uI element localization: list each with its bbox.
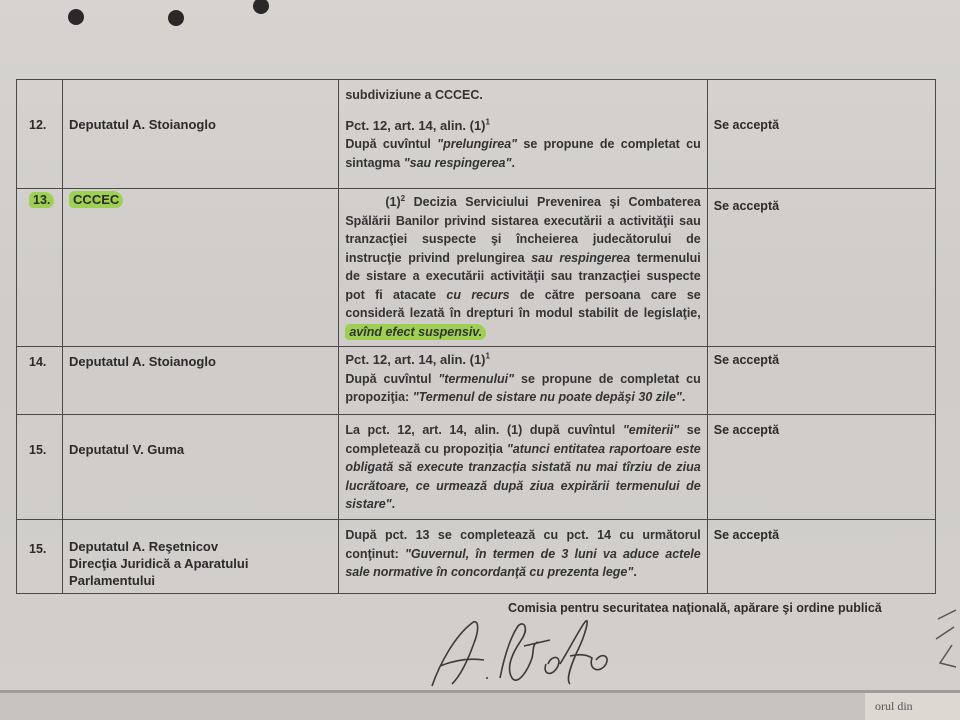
row-number: 12.	[17, 80, 62, 139]
decision: Se acceptă	[708, 347, 935, 374]
row-author: Deputatul A. Stoianoglo	[63, 80, 338, 139]
decision: Se acceptă	[708, 80, 935, 139]
binder-hole	[253, 0, 269, 14]
binder-hole	[168, 10, 184, 26]
underlying-page	[0, 693, 960, 720]
table-row: 13. CCCEC (1)2 Decizia Serviciului Preve…	[17, 189, 936, 347]
table-row: 15. Deputatul V. Guma La pct. 12, art. 1…	[17, 415, 936, 520]
amendment-text: După cuvîntul "prelungirea" se propune d…	[345, 135, 700, 172]
amendment-text: La pct. 12, art. 14, alin. (1) după cuvî…	[339, 415, 706, 518]
amendment-text: (1)2 Decizia Serviciului Prevenirea şi C…	[339, 189, 706, 345]
table-row: 12. Deputatul A. Stoianoglo subdiviziune…	[17, 80, 936, 109]
highlighted-phrase: avînd efect suspensiv.	[345, 324, 486, 340]
row-number: 15.	[17, 415, 62, 464]
amendment-reference: Pct. 12, art. 14, alin. (1)1	[345, 117, 700, 136]
decision: Se acceptă	[708, 189, 935, 220]
signature-icon	[420, 608, 640, 693]
table-row: 15. Deputatul A. Reşetnicov Direcţia Jur…	[17, 520, 936, 594]
row-number: 15.	[17, 520, 62, 563]
row-number-highlighted: 13.	[29, 192, 54, 208]
decision: Se acceptă	[708, 520, 935, 549]
row-author: Deputatul V. Guma	[63, 415, 338, 464]
row-author: Deputatul A. Stoianoglo	[63, 347, 338, 376]
amendments-table: 12. Deputatul A. Stoianoglo subdiviziune…	[16, 79, 936, 594]
row-number: 14.	[17, 347, 62, 376]
row-author: Deputatul A. Reşetnicov Direcţia Juridic…	[63, 520, 338, 593]
handwritten-mark-icon	[934, 605, 958, 675]
continuation-text: subdiviziune a CCCEC.	[339, 80, 706, 109]
amendment-text: După pct. 13 se completează cu pct. 14 c…	[339, 520, 706, 586]
amendment-reference: Pct. 12, art. 14, alin. (1)1	[345, 351, 700, 370]
row-author-highlighted: CCCEC	[69, 191, 123, 208]
binder-hole	[68, 9, 84, 25]
amendment-text: După cuvîntul "termenului" se propune de…	[345, 370, 700, 407]
decision: Se acceptă	[708, 415, 935, 444]
underlying-page-text: orul din	[865, 693, 960, 720]
table-row: 14. Deputatul A. Stoianoglo Pct. 12, art…	[17, 347, 936, 415]
